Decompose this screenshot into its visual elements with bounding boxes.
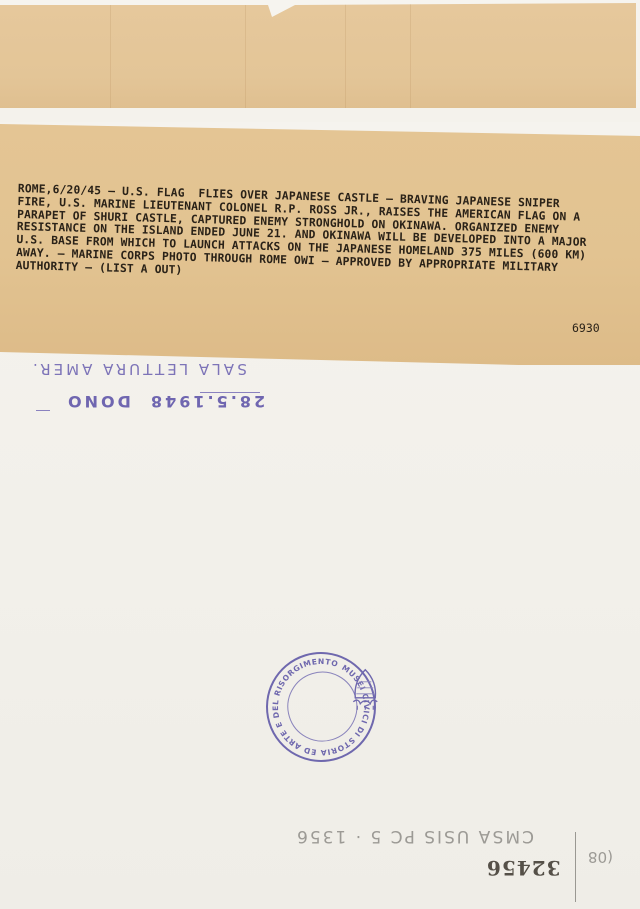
library-stamp-line1: SALA LETTURA AMER. [30, 360, 247, 378]
paper-gap [0, 108, 640, 122]
archive-reference: CMSA USIS PC 5 · 1356 [295, 826, 534, 846]
halberd-emblem-icon [348, 668, 382, 712]
top-paper-strip [0, 3, 636, 109]
archive-side-mark: (08 [588, 848, 613, 866]
library-stamp-date: 28.5.1948 DONO [65, 392, 265, 411]
caption-number: 6930 [572, 321, 600, 335]
stamp-dash [200, 392, 260, 393]
inventory-number: 32456 [486, 856, 561, 880]
caption-text: ROME,6/20/45 — U.S. FLAG FLIES OVER JAPA… [15, 183, 637, 290]
archive-divider [575, 832, 576, 902]
stamp-dash [36, 410, 50, 411]
